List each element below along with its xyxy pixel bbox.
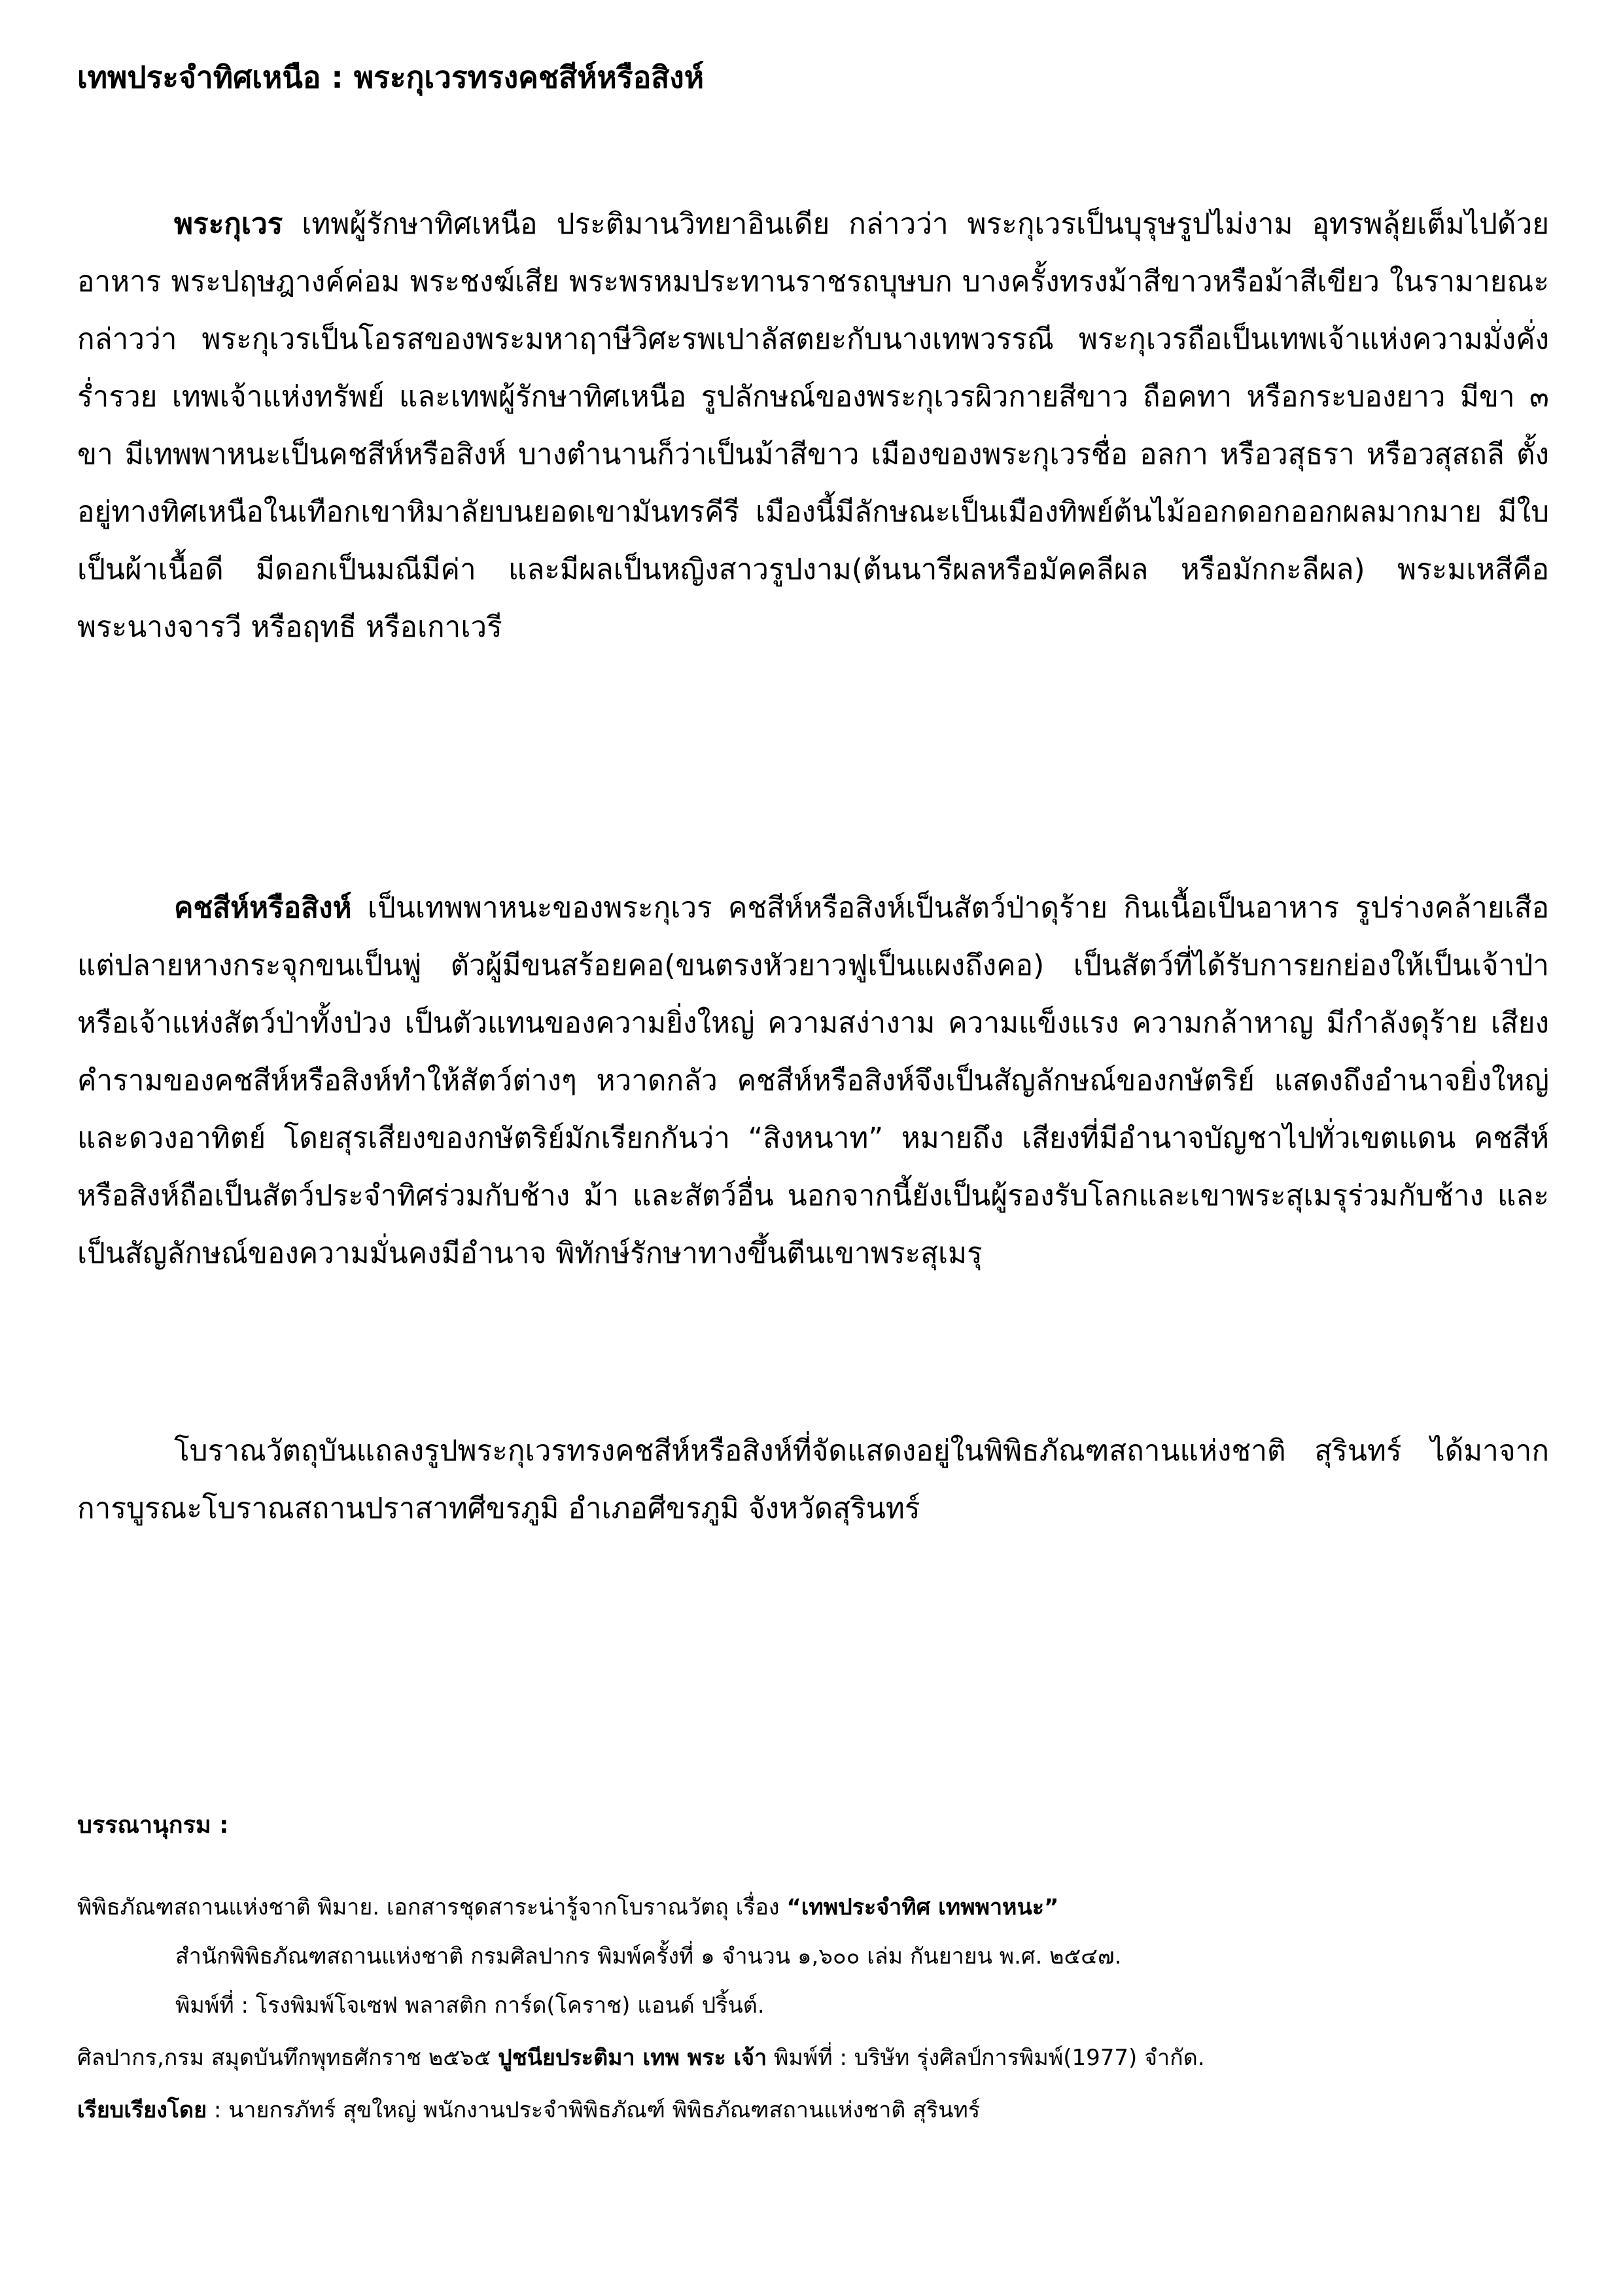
paragraph-text: เป็นเทพพาหนะของพระกุเวร คชสีห์หรือสิงห์เ… <box>77 891 1549 1270</box>
entry-text: สำนักพิพิธภัณฑสถานแห่งชาติ กรมศิลปากร พิ… <box>175 1943 1121 1969</box>
compiled-by-text: : นายกรภัทร์ สุขใหญ่ พนักงานประจำพิพิธภั… <box>207 2097 980 2123</box>
paragraph-lion: คชสีห์หรือสิงห์ เป็นเทพพาหนะของพระกุเวร … <box>77 879 1549 1282</box>
entry-text: ศิลปากร,กรม สมุดบันทึกพุทธศักราช ๒๕๖๕ <box>77 2045 498 2071</box>
bibliography-entry: พิพิธภัณฑสถานแห่งชาติ พิมาย. เอกสารชุดสา… <box>77 1888 1058 1927</box>
paragraph-kuvera: พระกุเวร เทพผู้รักษาทิศเหนือ ประติมานวิท… <box>77 196 1549 656</box>
bibliography-entry: ศิลปากร,กรม สมุดบันทึกพุทธศักราช ๒๕๖๕ ปู… <box>77 2038 1205 2077</box>
paragraph-lead: คชสีห์หรือสิงห์ <box>174 891 352 925</box>
entry-title: ปูชนียประติมา เทพ พระ เจ้า <box>498 2045 767 2071</box>
compiled-by: เรียบเรียงโดย : นายกรภัทร์ สุขใหญ่ พนักง… <box>77 2091 980 2130</box>
bibliography-entry-continued: สำนักพิพิธภัณฑสถานแห่งชาติ กรมศิลปากร พิ… <box>175 1937 1121 1976</box>
entry-text: พิมพ์ที่ : บริษัท รุ่งศิลป์การพิมพ์(1977… <box>767 2045 1204 2071</box>
bibliography-entry-continued: พิมพ์ที่ : โรงพิมพ์โจเซฟ พลาสติก การ์ด(โ… <box>175 1986 765 2025</box>
entry-title: “เทพประจำทิศ เทพพาหนะ” <box>786 1894 1058 1920</box>
entry-text: พิพิธภัณฑสถานแห่งชาติ พิมาย. เอกสารชุดสา… <box>77 1894 786 1920</box>
bibliography-heading: บรรณานุกรม : <box>77 1806 229 1845</box>
paragraph-text: เทพผู้รักษาทิศเหนือ ประติมานวิทยาอินเดีย… <box>77 207 1549 644</box>
compiled-by-label: เรียบเรียงโดย <box>77 2097 207 2123</box>
paragraph-artifact: โบราณวัตถุบันแถลงรูปพระกุเวรทรงคชสีห์หรื… <box>77 1422 1549 1538</box>
entry-text: พิมพ์ที่ : โรงพิมพ์โจเซฟ พลาสติก การ์ด(โ… <box>175 1992 765 2019</box>
paragraph-text: โบราณวัตถุบันแถลงรูปพระกุเวรทรงคชสีห์หรื… <box>77 1434 1549 1525</box>
paragraph-lead: พระกุเวร <box>174 207 283 241</box>
page-title: เทพประจำทิศเหนือ : พระกุเวรทรงคชสีห์หรือ… <box>77 51 704 103</box>
